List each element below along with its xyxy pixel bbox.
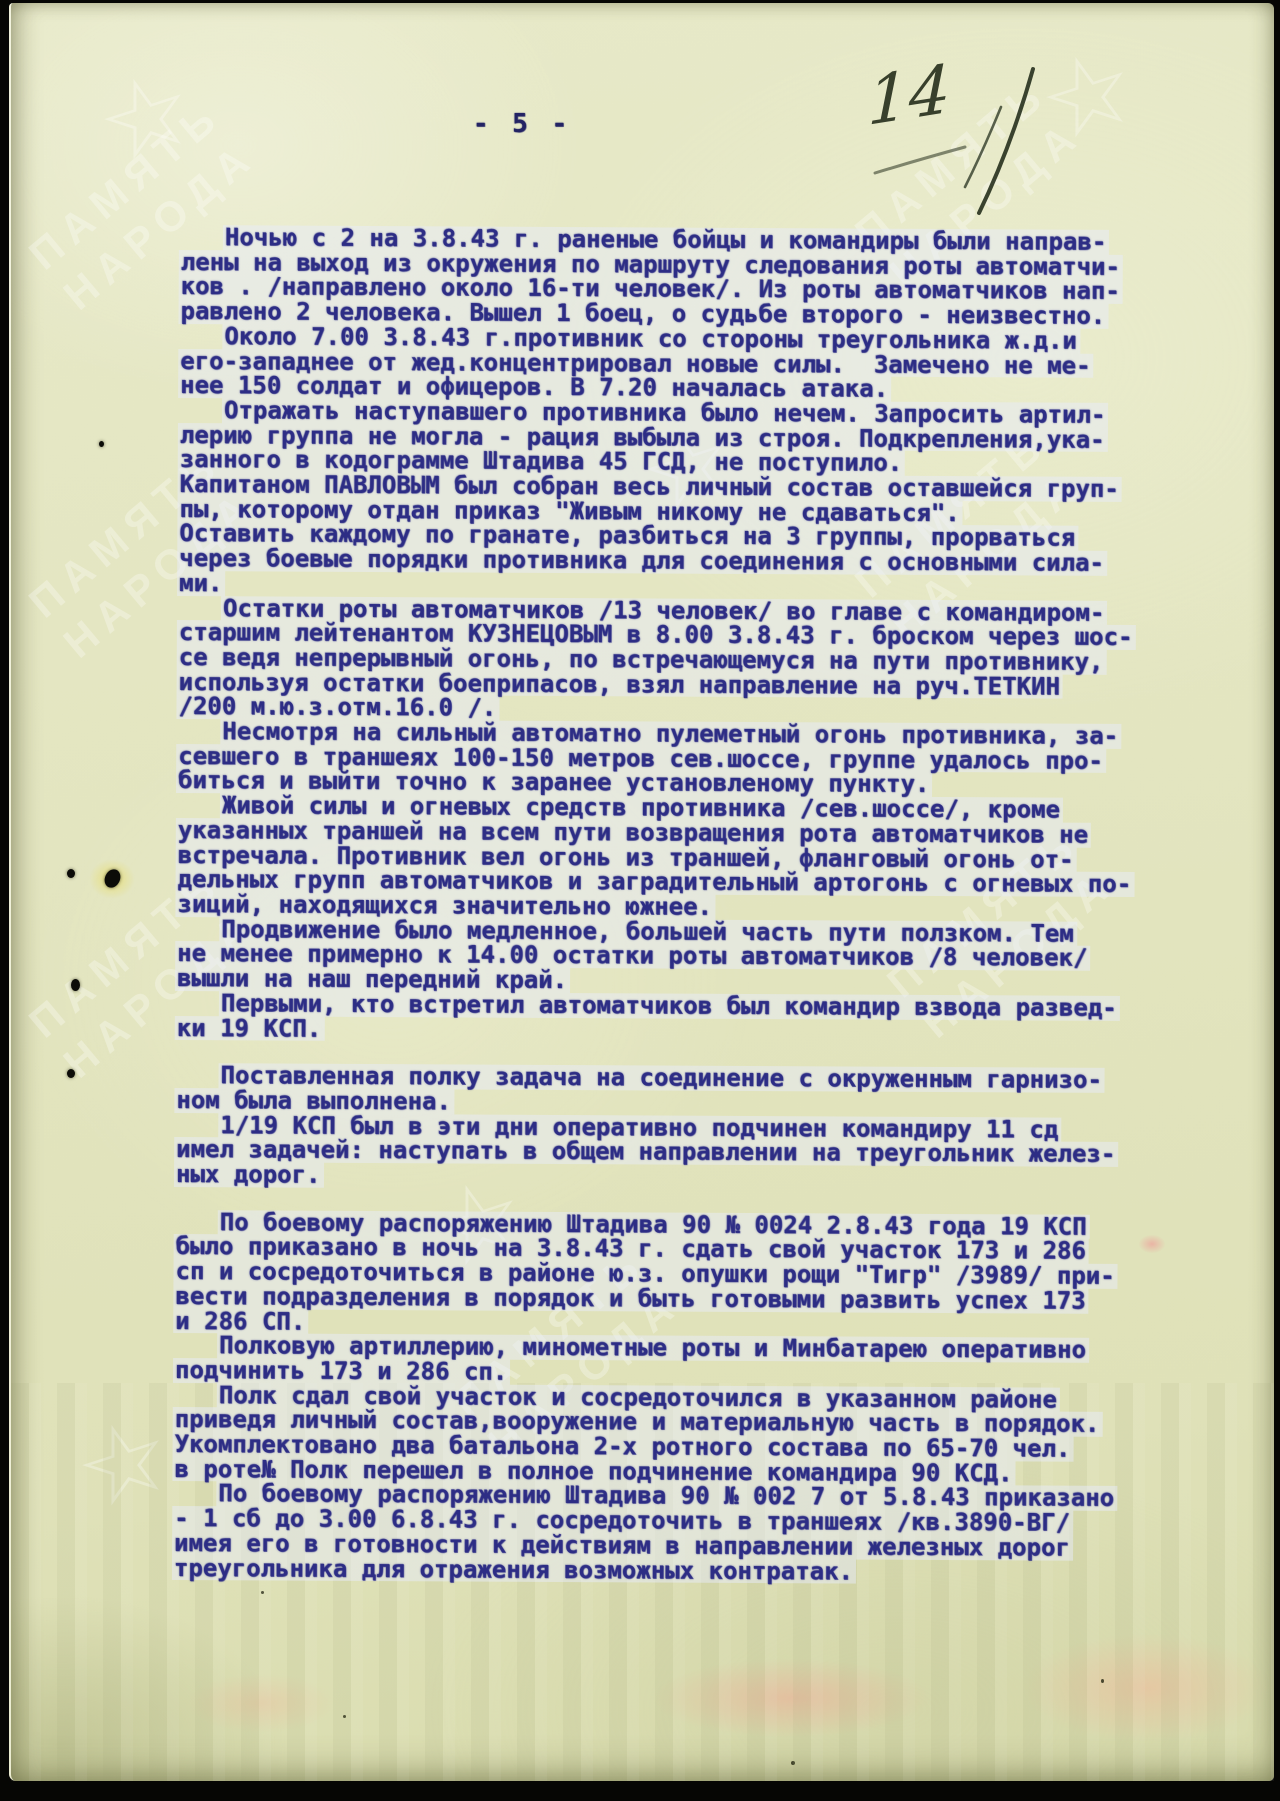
paper-stain: [186, 1673, 336, 1733]
paper-speck: [791, 1761, 795, 1765]
paragraph: 1/19 КСП был в эти дни оперативно подчин…: [174, 1113, 1134, 1192]
paragraph: Ночью с 2 на 3.8.43 г. раненые бойцы и к…: [178, 225, 1139, 329]
paragraph: Несмотря на сильный автоматно пулеметный…: [176, 719, 1136, 798]
punch-hole: [67, 1069, 75, 1078]
document-body: Ночью с 2 на 3.8.43 г. раненые бойцы и к…: [172, 225, 1139, 1585]
watermark-star-icon: ☆: [85, 53, 207, 182]
paragraph: Полковую артиллерию, минометные роты и М…: [173, 1333, 1133, 1387]
paragraph: Полк сдал свой участок и сосредоточился …: [172, 1383, 1133, 1487]
handwritten-stroke: [861, 55, 1081, 235]
text-line: и 286 СП.: [173, 1309, 308, 1334]
text-line: вести подразделения в порядок и быть гот…: [173, 1284, 1088, 1313]
punch-hole: [102, 867, 124, 891]
text-line: Первыми, кто встретил автоматчиков был к…: [219, 991, 1120, 1020]
paragraph: Первыми, кто встретил автоматчиков был к…: [175, 991, 1135, 1045]
paragraph: Около 7.00 3.8.43 г.противник со стороны…: [178, 324, 1138, 403]
paragraph: По боевому распоряжению Штадива 90 № 002…: [172, 1481, 1133, 1585]
page-number: - 5 -: [447, 109, 597, 139]
text-line: через боевые порядки противника для соед…: [177, 546, 1107, 576]
paragraph: Поставленная полку задача на соединение …: [174, 1063, 1134, 1117]
paragraph: Капитаном ПАВЛОВЫМ был собран весь личны…: [177, 472, 1137, 526]
paper-stain: [1139, 1235, 1165, 1253]
paragraph: Остатки роты автоматчиков /13 человек/ в…: [176, 596, 1137, 725]
paragraph: Оставить каждому по гранате, разбиться н…: [177, 521, 1137, 600]
handwritten-number: 14: [867, 56, 951, 136]
paragraph: Отражать наступавшего противника было не…: [178, 398, 1138, 477]
text-line: ми.: [177, 571, 225, 596]
text-line: ки 19 КСП.: [175, 1015, 325, 1040]
watermark-star-icon: ☆: [1027, 31, 1149, 160]
paper-speck: [343, 1715, 346, 1718]
text-line: треугольника для отражения возможных кон…: [172, 1556, 856, 1584]
scan-background: ПАМЯТЬ НАРОДА ПАМЯТЬ НАРОДА ПАМЯТЬ НАРОД…: [0, 0, 1280, 1801]
punch-hole: [67, 869, 75, 878]
paragraph: Живой силы и огневых средств противника …: [175, 793, 1136, 922]
text-line: ном была выполнена.: [174, 1088, 454, 1114]
paragraph: По боевому распоряжению Штадива 90 № 002…: [173, 1210, 1134, 1339]
paragraph: Продвижение было медленное, большей част…: [175, 917, 1135, 996]
paper-speck: [261, 1591, 264, 1594]
paper-speck: [1101, 1679, 1104, 1683]
punch-hole: [99, 441, 104, 447]
punch-hole: [71, 979, 80, 991]
paper-stain: [1021, 1633, 1271, 1743]
handwritten-annotation: 14: [861, 55, 1081, 235]
text-line: ных дорог.: [174, 1162, 324, 1187]
document-page: ПАМЯТЬ НАРОДА ПАМЯТЬ НАРОДА ПАМЯТЬ НАРОД…: [9, 3, 1274, 1781]
paper-stain: [651, 1658, 931, 1738]
watermark-star-icon: ☆: [63, 1399, 185, 1528]
